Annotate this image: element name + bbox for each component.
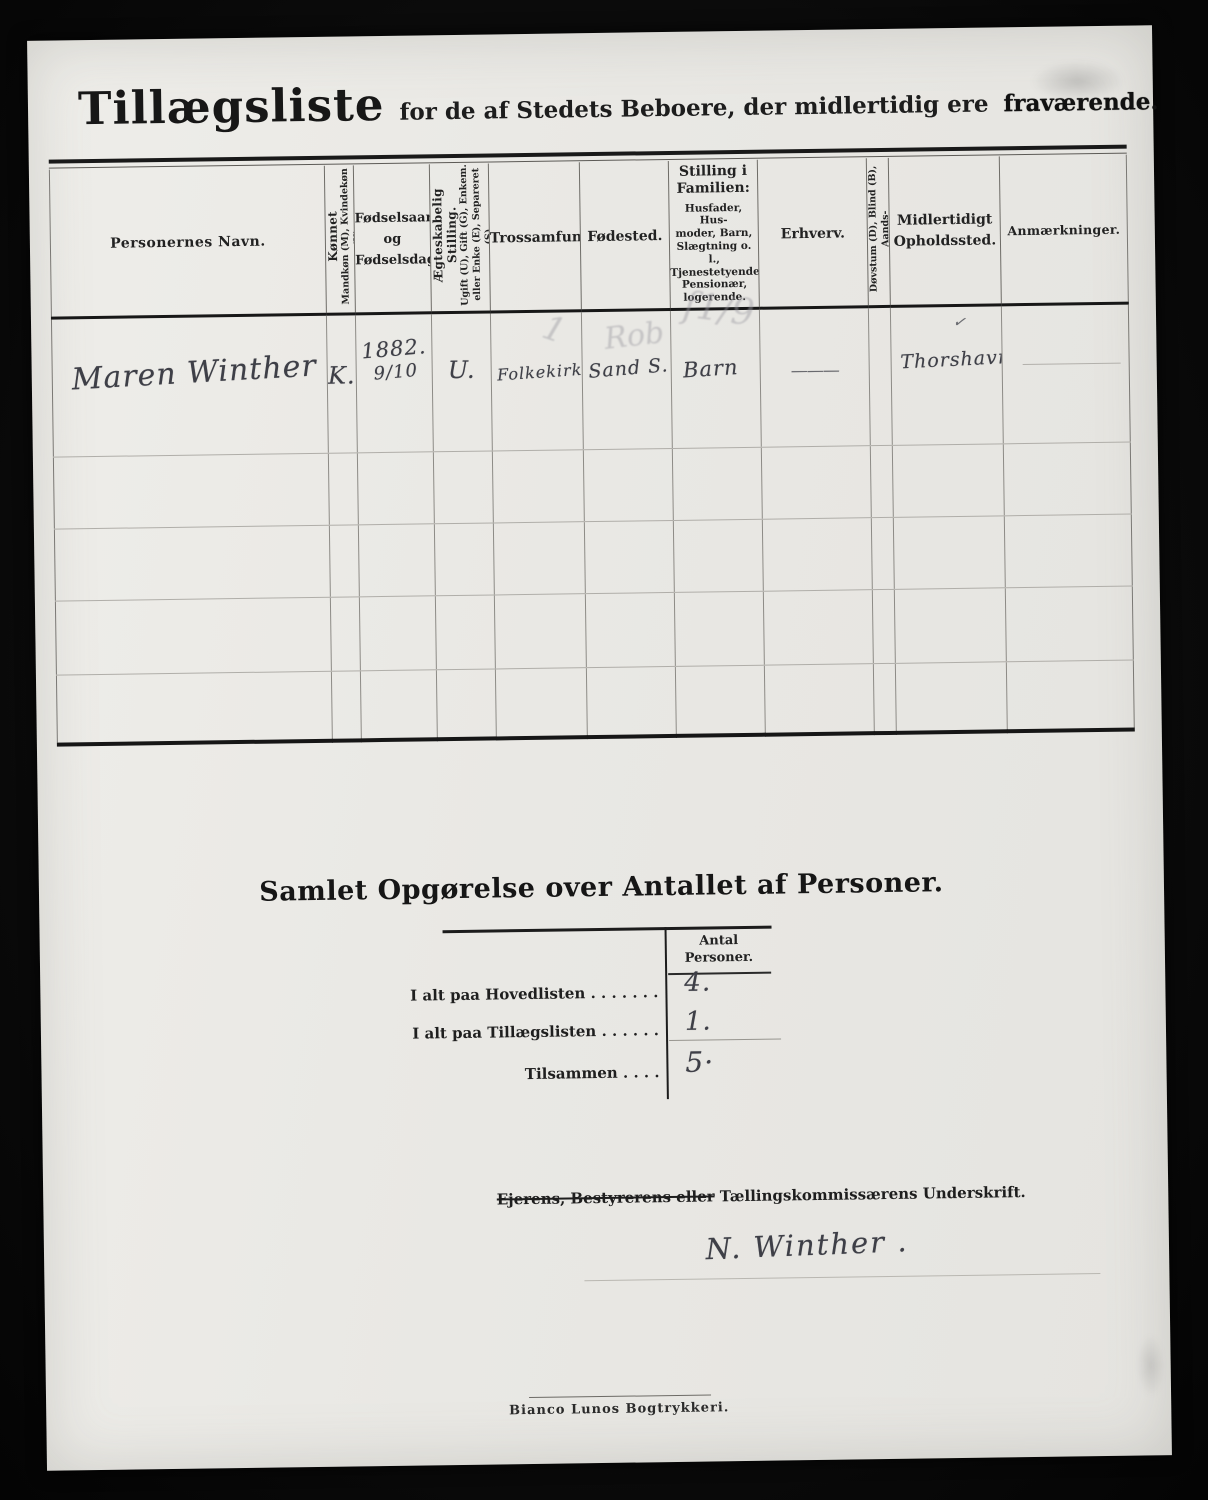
cell-remarks xyxy=(1001,303,1130,444)
signature-caption-struck: Ejerens, Bestyrerens eller xyxy=(497,1187,715,1208)
table-header-row: Personernes Navn. Kønnet Mandkøn (M), Kv… xyxy=(49,155,1128,318)
col-header-sex: Kønnet Mandkøn (M), Kvindekøn (K). xyxy=(324,165,355,313)
summary-label-tilsammen: Tilsammen . . . . xyxy=(525,1063,660,1083)
summary-mid-rule xyxy=(669,1038,781,1041)
scanned-page: Tillægsliste for de af Stedets Beboere, … xyxy=(27,25,1172,1471)
col-header-marital-sub: Ugift (U), Gift (G), Enkem. eller Enke (… xyxy=(458,163,491,306)
title-main: Tillægsliste xyxy=(78,78,385,135)
printer-credit: Bianco Lunos Bogtrykkeri. xyxy=(454,1399,784,1419)
col-header-birthplace: Fødested. xyxy=(579,161,670,310)
col-header-faith: Trossamfund. xyxy=(488,162,581,311)
cell-birth: 1882. 9/10 xyxy=(355,312,433,452)
cell-family: Barn xyxy=(670,308,761,448)
summary-value-hovedlisten: 4. xyxy=(684,967,711,997)
col-header-remarks: Anmærkninger. xyxy=(999,155,1128,305)
cell-name: Maren Winther . xyxy=(51,314,328,457)
signature-handwritten: N. Winther . xyxy=(691,1224,922,1267)
summary-label-tillaegslisten: I alt paa Tillægslisten . . . . . . xyxy=(412,1021,659,1042)
col-header-birth: Fødselsaar og Fødselsdag. xyxy=(353,164,431,313)
summary-label-hovedlisten: I alt paa Hovedlisten . . . . . . . xyxy=(410,983,658,1004)
document-title: Tillægsliste for de af Stedets Beboere, … xyxy=(78,68,1124,136)
col-header-occupation: Erhverv. xyxy=(757,158,868,308)
col-header-family-title: Stilling i Familien: xyxy=(669,162,757,198)
summary-col-header: Antal Personer. xyxy=(668,933,770,968)
cell-sex: K. xyxy=(326,313,357,452)
cell-disability xyxy=(868,306,892,445)
cell-occupation: ——— xyxy=(759,306,870,447)
summary-top-rule xyxy=(443,926,772,934)
summary-title: Samlet Opgørelse over Antallet af Person… xyxy=(39,864,1164,911)
col-header-family-sub: Husfader, Hus- moder, Barn, Slægtning o.… xyxy=(669,201,758,305)
cell-residence: Thorshavn F. ✓ xyxy=(890,304,1003,445)
col-header-name: Personernes Navn. xyxy=(49,166,326,318)
signature-caption-printed: Tællingskommissærens Underskrift. xyxy=(720,1183,1026,1205)
col-header-disability-sub: Døvstum (D), Blind (B), Aands- svag (A),… xyxy=(867,158,891,301)
col-header-residence: Midlertidigt Opholdssted. xyxy=(888,156,1001,306)
col-header-marital-title: Ægteskabelig Stilling. xyxy=(430,164,460,306)
col-header-disability: Døvstum (D), Blind (B), Aands- svag (A),… xyxy=(866,158,890,306)
summary-value-tillaegslisten: 1. xyxy=(685,1006,712,1036)
printer-rule xyxy=(529,1395,711,1399)
cell-birthplace: Sand S. F. xyxy=(581,309,672,449)
col-header-sex-sub: Mandkøn (M), Kvindekøn (K). xyxy=(339,165,356,307)
pen-stroke xyxy=(1023,362,1121,364)
cell-faith: Folkekirken xyxy=(490,310,583,450)
census-table: Personernes Navn. Kønnet Mandkøn (M), Kv… xyxy=(49,155,1135,747)
signature-caption: Ejerens, Bestyrerens eller Tællingskommi… xyxy=(461,1183,1061,1209)
col-header-marital: Ægteskabelig Stilling. Ugift (U), Gift (… xyxy=(429,163,490,312)
scan-background: Tillægsliste for de af Stedets Beboere, … xyxy=(0,0,1208,1500)
table-row-empty xyxy=(56,660,1134,745)
col-header-family: Stilling i Familien: Husfader, Hus- mode… xyxy=(668,160,759,309)
title-subtitle: for de af Stedets Beboere, der midlertid… xyxy=(399,91,988,126)
summary-value-tilsammen: 5· xyxy=(685,1045,714,1078)
signature-line xyxy=(584,1273,1100,1281)
scan-smudge xyxy=(1131,1323,1170,1408)
title-subtitle-emphasis: fraværende. xyxy=(1003,88,1158,117)
check-mark: ✓ xyxy=(952,312,968,332)
cell-marital: U. xyxy=(431,311,492,451)
table-row-entry: Maren Winther . K. 1882. 9/10 U. Folkeki… xyxy=(51,303,1130,457)
